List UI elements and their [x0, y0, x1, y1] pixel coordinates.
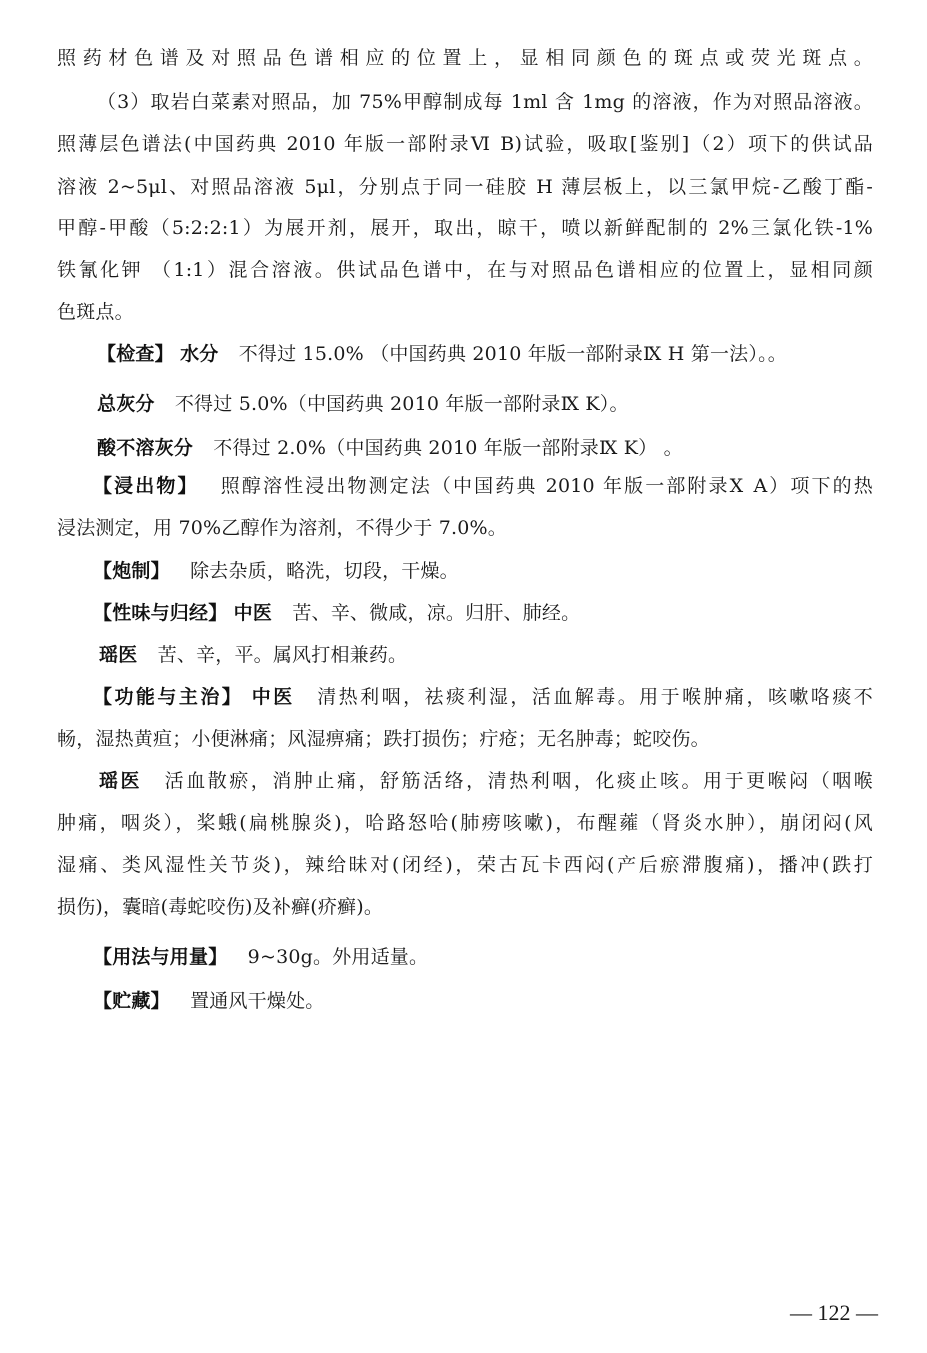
- document-page: 照药材色谱及对照品色谱相应的位置上，显相同颜色的斑点或荧光斑点。 （3）取岩白菜…: [0, 0, 927, 1353]
- inspection-acid-ash: 酸不溶灰分 不得过 2.0%（中国药典 2010 年版一部附录Ⅸ K） 。: [97, 436, 873, 460]
- nature-text: 苦、辛，平。属风打相兼药。: [158, 644, 408, 666]
- storage: 【贮藏】 置通风干燥处。: [93, 989, 869, 1013]
- nature-yao: 瑶医 苦、辛，平。属风打相兼药。: [99, 643, 875, 667]
- nature-tcm: 【性味与归经】 中医 苦、辛、微咸，凉。归肝、肺经。: [93, 601, 869, 625]
- function-yao-line-4: 损伤)，囊暗(毒蛇咬伤)及补癣(疥癣)。: [57, 895, 873, 919]
- inspection-total-ash: 总灰分 不得过 5.0%（中国药典 2010 年版一部附录Ⅸ K）。: [97, 392, 873, 416]
- function-yao-line-1: 瑶医 活血散瘀，消肿止痛，舒筋活络，清热利咽，化痰止咳。用于更喉闷（咽喉: [99, 769, 873, 793]
- function-yao-line-3: 湿痛、类风湿性关节炎)，辣给昧对(闭经)，荣古瓦卡西闷(产后瘀滞腹痛)，播冲(跌…: [57, 853, 873, 877]
- processing: 【炮制】 除去杂质，略洗，切段，干燥。: [93, 559, 869, 583]
- extract-line-2: 浸法测定，用 70%乙醇作为溶剂，不得少于 7.0%。: [57, 516, 873, 540]
- extract-line-1: 【浸出物】 照醇溶性浸出物测定法（中国药典 2010 年版一部附录Ⅹ A）项下的…: [93, 474, 873, 498]
- function-text: 活血散瘀，消肿止痛，舒筋活络，清热利咽，化痰止咳。用于更喉闷（咽喉: [165, 770, 873, 792]
- usage: 【用法与用量】 9~30g。外用适量。: [93, 945, 869, 969]
- text-line: 溶液 2~5μl、对照品溶液 5μl，分别点于同一硅胶 H 薄层板上，以三氯甲烷…: [57, 175, 873, 199]
- section-heading: 【功能与主治】: [93, 686, 243, 708]
- sub-label: 总灰分: [97, 393, 155, 415]
- storage-text: 置通风干燥处。: [190, 990, 324, 1012]
- text-line: 照药材色谱及对照品色谱相应的位置上，显相同颜色的斑点或荧光斑点。: [57, 46, 873, 70]
- text-line: 甲醇-甲酸（5:2:2:1）为展开剂，展开，取出，晾干，喷以新鲜配制的 2%三氯…: [57, 216, 873, 240]
- nature-text: 苦、辛、微咸，凉。归肝、肺经。: [292, 602, 580, 624]
- inspection-text: 不得过 2.0%（中国药典 2010 年版一部附录Ⅸ K） 。: [213, 437, 683, 459]
- section-heading: 【检查】: [97, 343, 174, 365]
- sub-label: 水分: [180, 343, 218, 365]
- inspection-water: 【检查】 水分 不得过 15.0% （中国药典 2010 年版一部附录Ⅸ H 第…: [97, 342, 873, 366]
- text-line: 照薄层色谱法(中国药典 2010 年版一部附录Ⅵ B)试验，吸取[鉴别]（2）项…: [57, 132, 873, 156]
- sub-label: 瑶医: [99, 644, 137, 666]
- section-heading: 【性味与归经】: [93, 602, 227, 624]
- function-yao-line-2: 肿痛，咽炎），桨蛾(扁桃腺炎)，哈路怒哈(肺痨咳嗽)，布醒蕹（肾炎水肿），崩闭闷…: [57, 811, 873, 835]
- function-tcm-line-1: 【功能与主治】 中医 清热利咽，祛痰利湿，活血解毒。用于喉肿痛，咳嗽咯痰不: [93, 685, 873, 709]
- extract-text: 照醇溶性浸出物测定法（中国药典 2010 年版一部附录Ⅹ A）项下的热: [221, 475, 873, 497]
- usage-text: 9~30g。外用适量。: [248, 946, 429, 968]
- function-text: 清热利咽，祛痰利湿，活血解毒。用于喉肿痛，咳嗽咯痰不: [317, 686, 873, 708]
- inspection-text: 不得过 5.0%（中国药典 2010 年版一部附录Ⅸ K）。: [175, 393, 629, 415]
- function-tcm-line-2: 畅，湿热黄疸；小便淋痛；风湿痹痛；跌打损伤；疔疮；无名肿毒；蛇咬伤。: [57, 727, 873, 751]
- text-line: 铁氰化钾 （1:1）混合溶液。供试品色谱中，在与对照品色谱相应的位置上，显相同颜: [57, 258, 873, 282]
- text-line: 色斑点。: [57, 300, 873, 324]
- sub-label: 中医: [252, 686, 295, 708]
- processing-text: 除去杂质，略洗，切段，干燥。: [190, 560, 459, 582]
- sub-label: 酸不溶灰分: [97, 437, 193, 459]
- sub-label: 中医: [234, 602, 272, 624]
- section-heading: 【浸出物】: [93, 475, 199, 497]
- section-heading: 【用法与用量】: [93, 946, 227, 968]
- page-number: — 122 —: [790, 1300, 878, 1326]
- inspection-text: 不得过 15.0% （中国药典 2010 年版一部附录Ⅸ H 第一法）。。: [239, 343, 787, 365]
- sub-label: 瑶医: [99, 770, 142, 792]
- section-heading: 【贮藏】: [93, 990, 170, 1012]
- section-heading: 【炮制】: [93, 560, 170, 582]
- text-line: （3）取岩白菜素对照品，加 75%甲醇制成每 1ml 含 1mg 的溶液，作为对…: [97, 90, 873, 114]
